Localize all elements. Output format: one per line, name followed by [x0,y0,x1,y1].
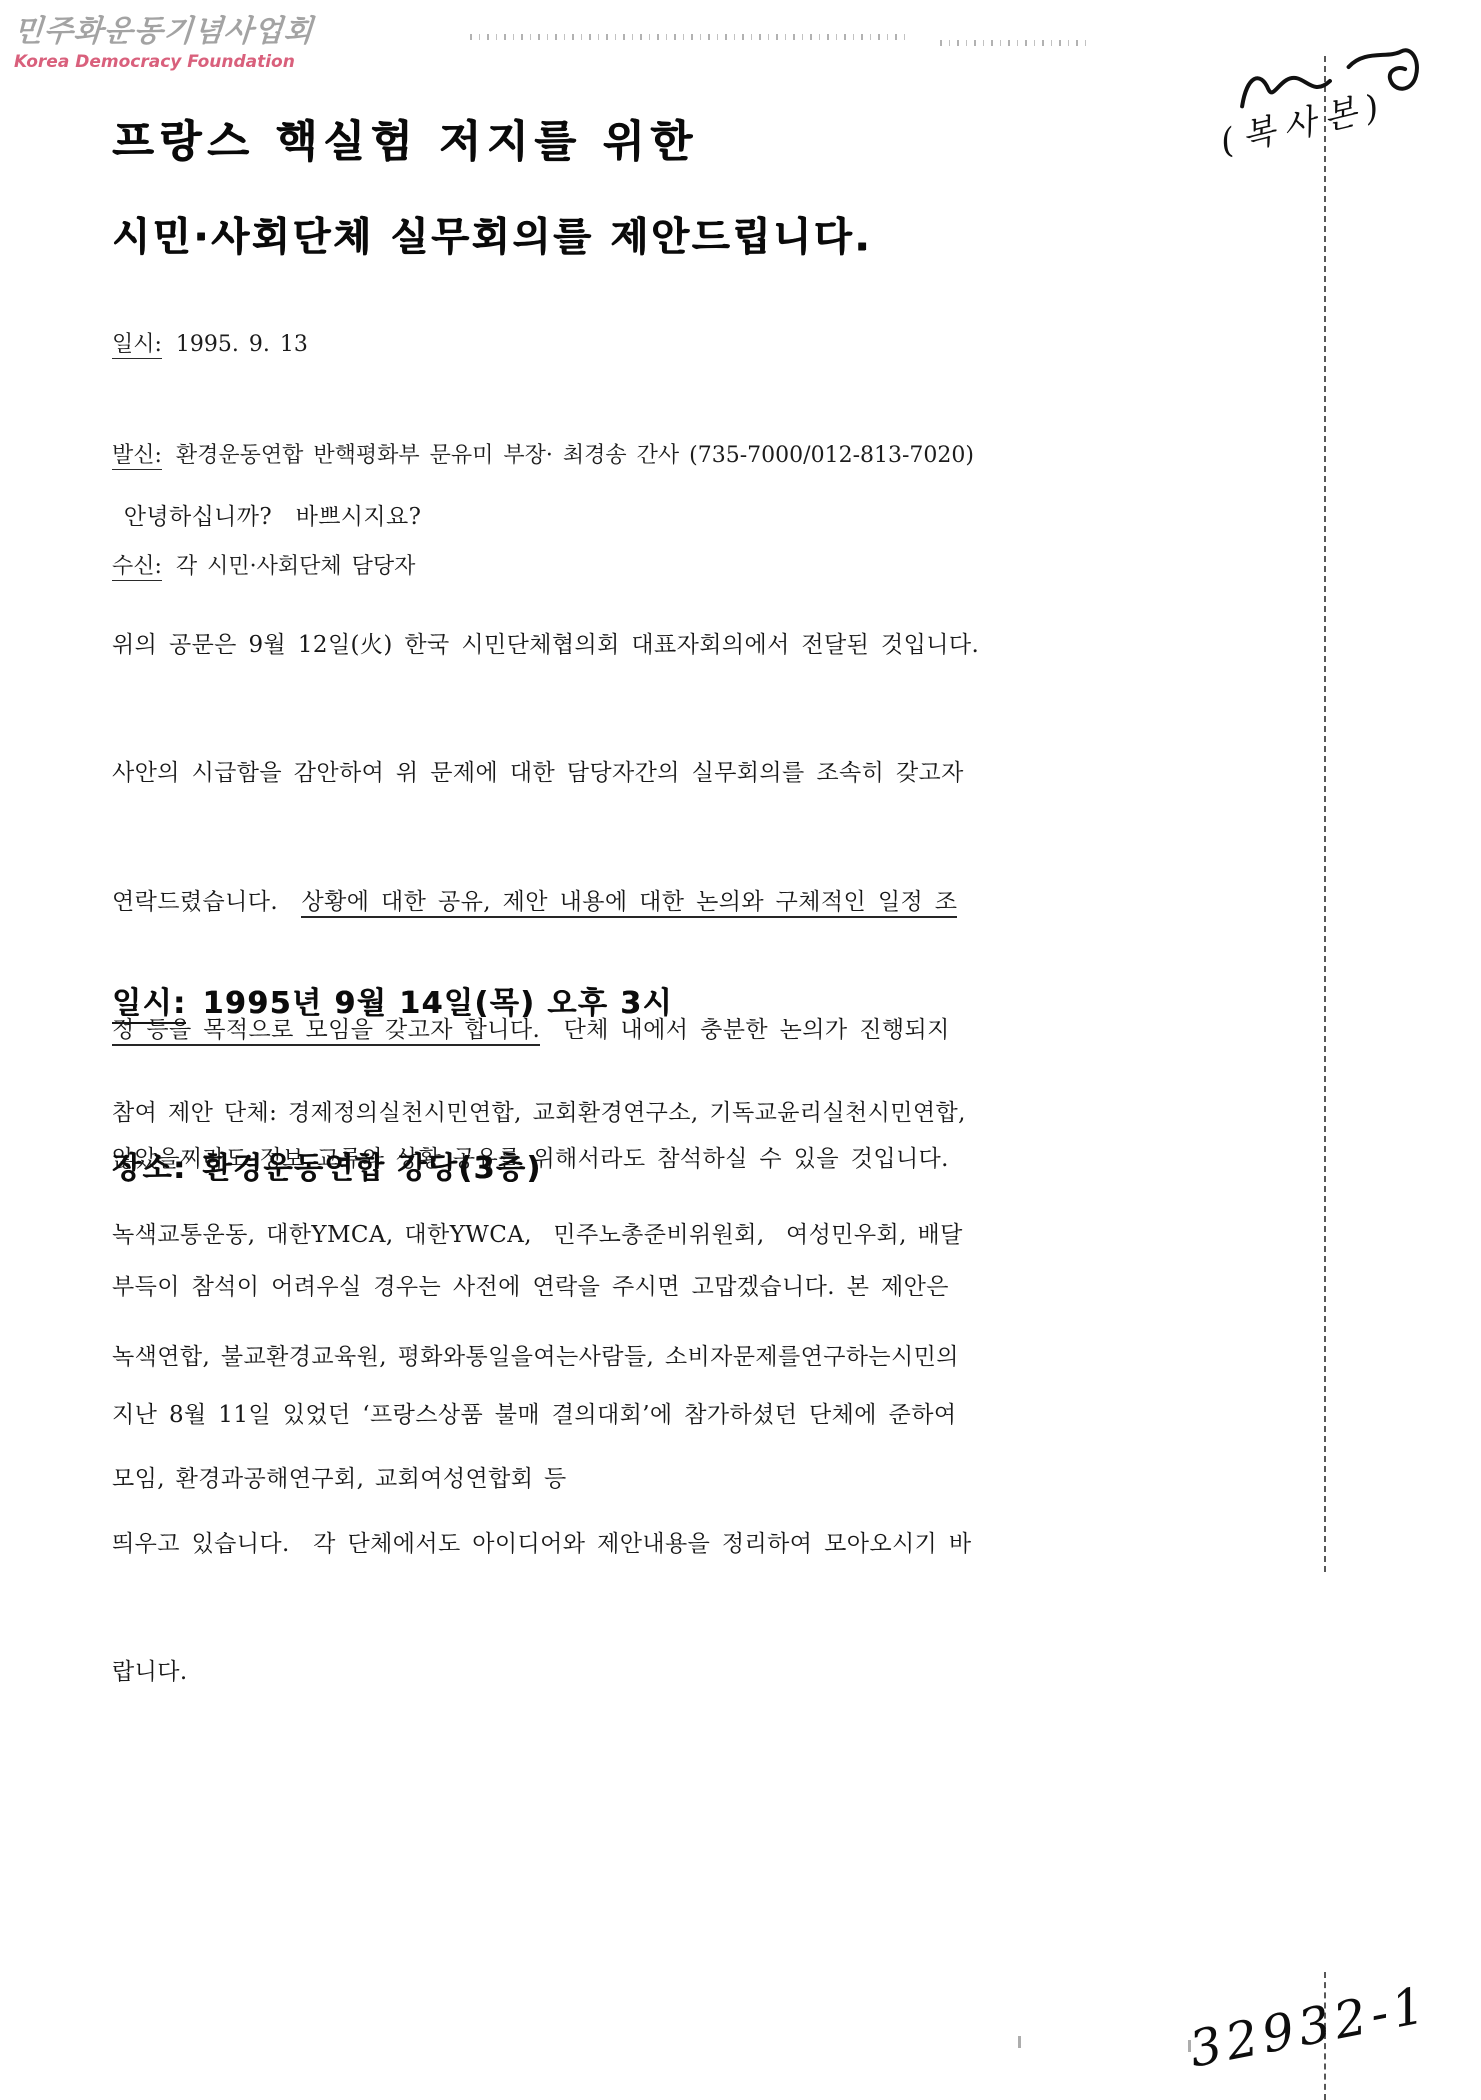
foundation-logo-english: Korea Democracy Foundation [14,52,314,72]
body-line-text: 사안의 시급함을 감안하여 위 문제에 대한 담당자간의 실무회의를 조속히 갖… [112,760,964,786]
fax-artifact-vertical-line [1324,56,1326,1572]
foundation-logo-korean: 민주화운동기념사업회 [12,6,315,50]
scan-noise-streak [470,34,910,40]
participants-paragraph: 참여 제안 단체: 경제정의실천시민연합, 교회환경연구소, 기독교윤리실천시민… [112,1012,1012,1580]
participants-line-text: 참여 제안 단체: 경제정의실천시민연합, 교회환경연구소, 기독교윤리실천시민… [112,1100,966,1126]
participants-line-text: 모임, 환경과공해연구회, 교회여성연합회 등 [112,1466,567,1492]
participants-line: 모임, 환경과공해연구회, 교회여성연합회 등 [112,1459,1012,1500]
participants-line: 참여 제안 단체: 경제정의실천시민연합, 교회환경연구소, 기독교윤리실천시민… [112,1093,1012,1134]
foundation-logo: 민주화운동기념사업회 Korea Democracy Foundation [14,6,314,72]
body-line: 랍니다. [112,1651,1012,1694]
scan-noise-streak [940,40,1090,46]
participants-line: 녹색연합, 불교환경교육원, 평화와통일을여는사람들, 소비자문제를연구하는시민… [112,1337,1012,1378]
body-line-text: 위의 공문은 9월 12일(火) 한국 시민단체협의회 대표자회의에서 전달된 … [112,632,979,658]
body-line-text: 안녕하십니까? 바쁘시지요? [112,504,421,530]
body-line: 위의 공문은 9월 12일(火) 한국 시민단체협의회 대표자회의에서 전달된 … [112,624,1012,667]
participants-line-text: 녹색연합, 불교환경교육원, 평화와통일을여는사람들, 소비자문제를연구하는시민… [112,1344,959,1370]
participants-line: 녹색교통운동, 대한YMCA, 대한YWCA, 민주노총준비위원회, 여성민우회… [112,1215,1012,1256]
body-line: 안녕하십니까? 바쁘시지요? [112,496,1012,539]
meta-date-line: 일시:1995. 9. 13 [112,326,974,363]
meta-date-label: 일시: [112,332,162,359]
handwritten-archive-number: 32932-1 [1185,1975,1434,2078]
document-title-line1: 프랑스 핵실험 저지를 위한 [112,110,872,174]
participants-line-text: 녹색교통운동, 대한YMCA, 대한YWCA, 민주노총준비위원회, 여성민우회… [112,1222,963,1248]
scanned-document-page: 민주화운동기념사업회 Korea Democracy Foundation (복… [0,0,1481,2100]
meta-date-value: 1995. 9. 13 [176,332,308,357]
body-line: 사안의 시급함을 감안하여 위 문제에 대한 담당자간의 실무회의를 조속히 갖… [112,752,1012,795]
body-line-text: 랍니다. [112,1659,188,1685]
scan-noise-dot [1018,2036,1021,2048]
